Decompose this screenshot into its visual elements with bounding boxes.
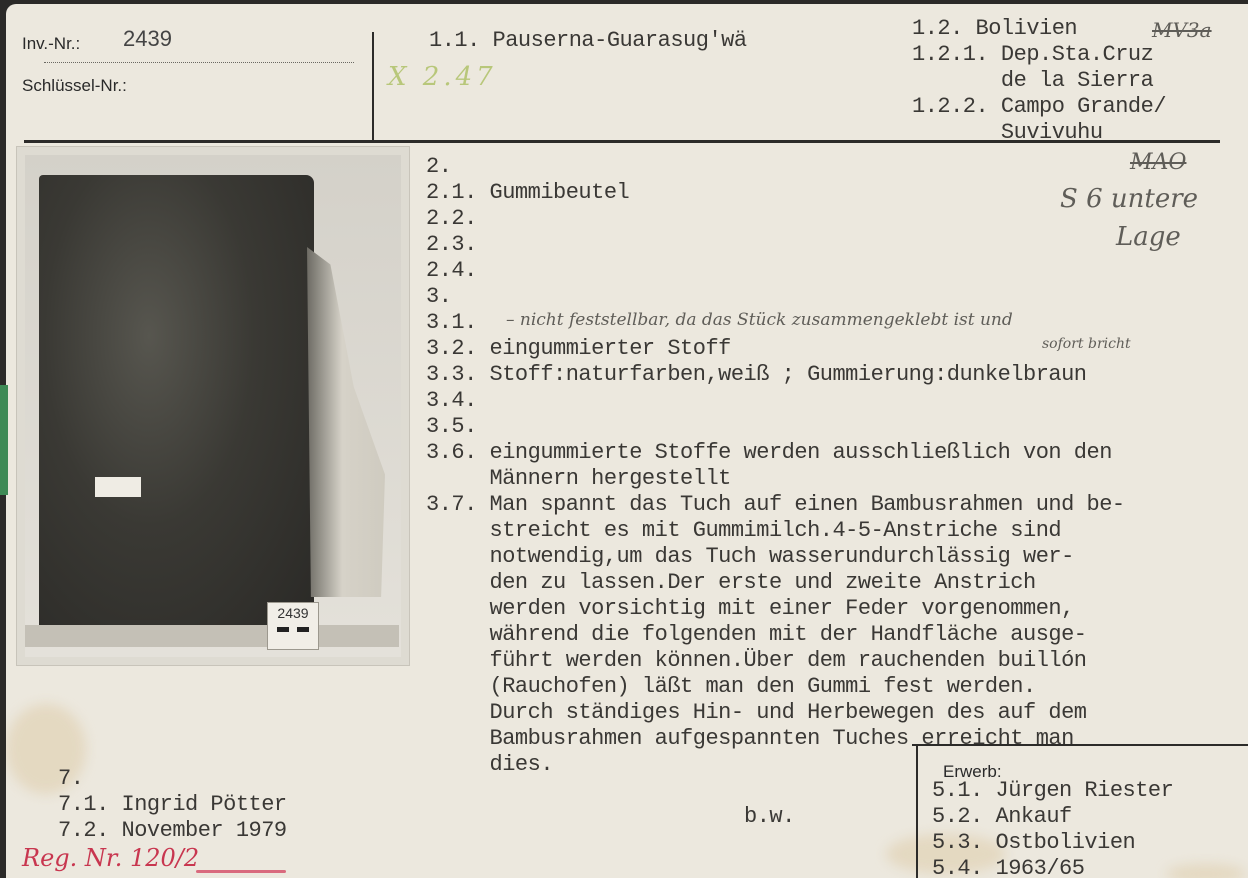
header-rule <box>24 140 1220 143</box>
desc-line-maker: Männern hergestellt <box>426 466 1125 492</box>
inv-number-value: 2439 <box>123 26 172 52</box>
desc-line-technique: (Rauchofen) läßt man den Gummi fest werd… <box>426 674 1125 700</box>
desc-line-material: 3.2. eingummierter Stoff <box>426 336 1125 362</box>
desc-line-color: 3.3. Stoff:naturfarben,weiß ; Gummierung… <box>426 362 1125 388</box>
desc-line-technique: Bambusrahmen aufgespannten Tuches erreic… <box>426 726 1125 752</box>
turn-over-note: b.w. <box>744 804 795 830</box>
photo-number-tag: 2439 <box>267 602 319 650</box>
desc-line-technique: Durch ständiges Hin- und Herbewegen des … <box>426 700 1125 726</box>
rubber-bag-image <box>39 175 314 635</box>
desc-line-technique: 3.7. Man spannt das Tuch auf einen Bambu… <box>426 492 1125 518</box>
background-strip <box>0 385 8 495</box>
desc-line: 2.4. <box>426 258 1125 284</box>
recorder-date: 7.2. November 1979 <box>58 818 287 844</box>
key-number-label: Schlüssel-Nr.: <box>22 76 127 96</box>
header-divider <box>372 32 374 140</box>
storage-note-line2: Lage <box>1116 222 1181 252</box>
struck-pencil-note: MV3a <box>1152 18 1212 42</box>
desc-line-technique: den zu lassen.Der erste und zweite Anstr… <box>426 570 1125 596</box>
acquisition-line: 5.2. Ankauf <box>932 804 1173 830</box>
location-line: 1.2. Bolivien <box>912 16 1166 42</box>
struck-storage-note: MAO <box>1130 150 1186 175</box>
ethnic-group: 1.1. Pauserna-Guarasug'wä <box>429 28 747 54</box>
inv-dotted-line <box>44 62 354 63</box>
desc-line-technique: führt werden können.Über dem rauchenden … <box>426 648 1125 674</box>
green-handwritten-note: X 2.47 <box>388 62 497 92</box>
desc-line-maker: 3.6. eingummierte Stoffe werden ausschli… <box>426 440 1125 466</box>
location-line: de la Sierra <box>912 68 1166 94</box>
desc-line: 2. <box>426 154 1125 180</box>
recorder-block: 7. 7.1. Ingrid Pötter 7.2. November 1979 <box>58 766 287 844</box>
recorder-name: 7.1. Ingrid Pötter <box>58 792 287 818</box>
storage-note-line1: S 6 untere <box>1060 184 1198 214</box>
location-block: 1.2. Bolivien 1.2.1. Dep.Sta.Cruz de la … <box>912 16 1166 146</box>
acquisition-line: 5.1. Jürgen Riester <box>932 778 1173 804</box>
desc-line-technique: notwendig,um das Tuch wasserundurchlässi… <box>426 544 1125 570</box>
location-line: 1.2.1. Dep.Sta.Cruz <box>912 42 1166 68</box>
desc-line: 2.2. <box>426 206 1125 232</box>
desc-line-object-name: 2.1. Gummibeutel <box>426 180 1125 206</box>
handwritten-note-3-1-cont: sofort bricht <box>1042 336 1131 352</box>
bag-label-sticker <box>95 477 141 497</box>
handwritten-note-3-1: – nicht feststellbar, da das Stück zusam… <box>506 310 1013 330</box>
desc-line: 3.5. <box>426 414 1125 440</box>
location-line: 1.2.2. Campo Grande/ <box>912 94 1166 120</box>
inv-number-label: Inv.-Nr.: <box>22 34 80 54</box>
red-register-note: Reg. Nr. 120/2 <box>22 844 199 872</box>
desc-line: 3.4. <box>426 388 1125 414</box>
acquisition-divider <box>916 746 918 878</box>
desc-line: 2.3. <box>426 232 1125 258</box>
desc-line-technique: werden vorsichtig mit einer Feder vorgen… <box>426 596 1125 622</box>
catalog-card: Inv.-Nr.: 2439 Schlüssel-Nr.: 1.1. Pause… <box>6 4 1248 878</box>
acquisition-block: 5.1. Jürgen Riester 5.2. Ankauf 5.3. Ost… <box>932 778 1173 878</box>
acquisition-line: 5.3. Ostbolivien <box>932 830 1173 856</box>
acquisition-line: 5.4. 1963/65 <box>932 856 1173 878</box>
desc-line: 3. <box>426 284 1125 310</box>
desc-line-technique: dies. <box>426 752 1125 778</box>
object-photo: 2439 <box>16 146 410 666</box>
acquisition-rule <box>912 744 1248 746</box>
object-description: 2. 2.1. Gummibeutel 2.2. 2.3. 2.4. 3. 3.… <box>426 154 1125 778</box>
desc-line-technique: streicht es mit Gummimilch.4-5-Anstriche… <box>426 518 1125 544</box>
recorder-line: 7. <box>58 766 287 792</box>
desc-line-technique: während die folgenden mit der Handfläche… <box>426 622 1125 648</box>
